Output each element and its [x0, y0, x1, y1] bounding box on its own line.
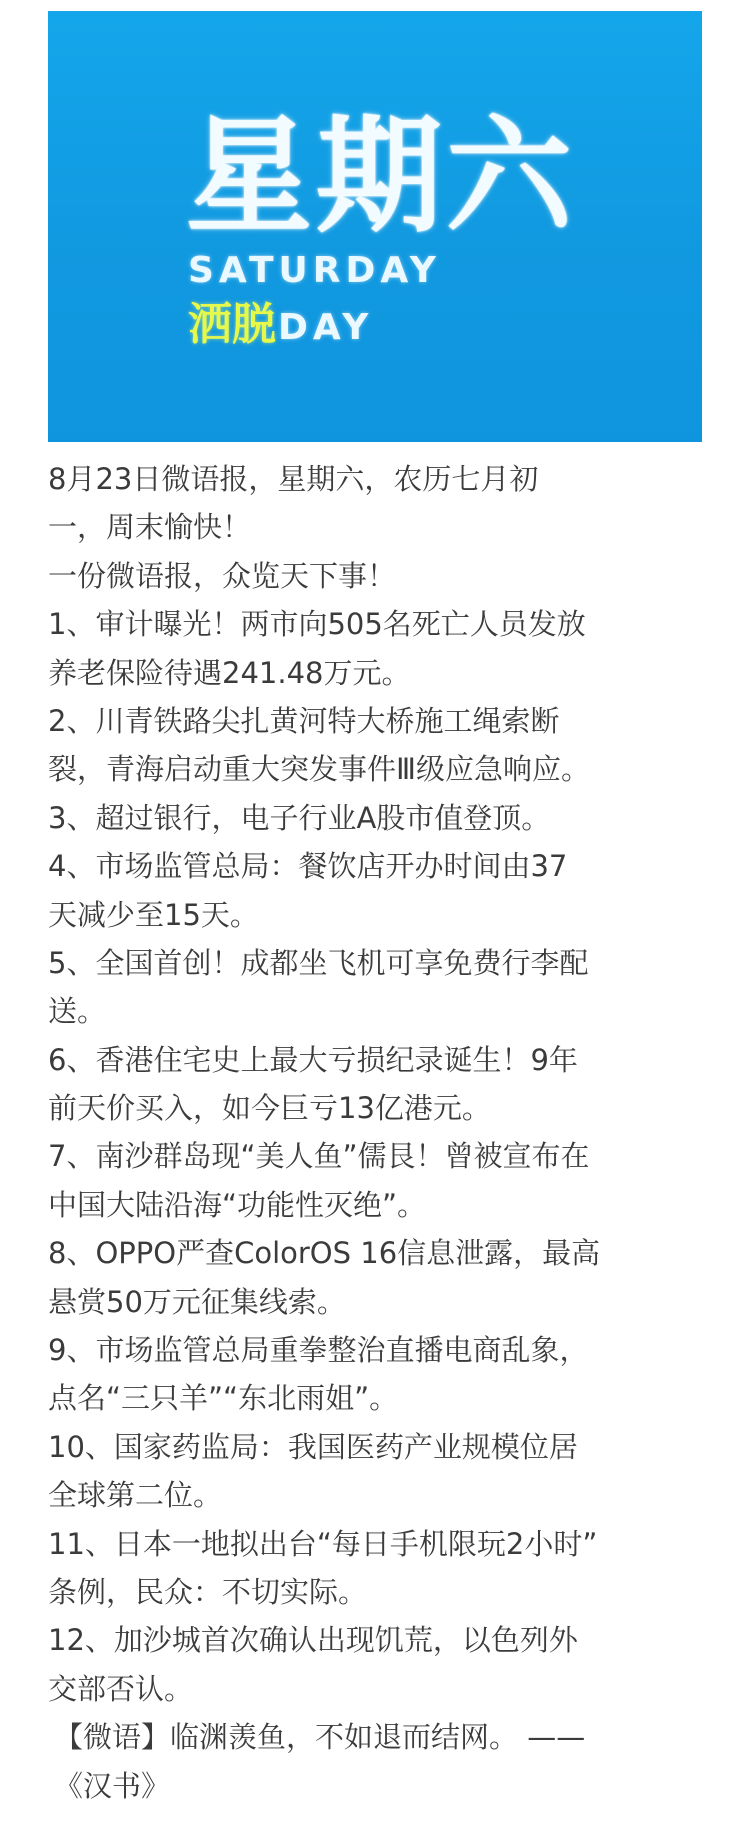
- news-line: 点名“三只羊”“东北雨姐”。: [48, 1374, 728, 1422]
- news-line: 8、OPPO严查ColorOS 16信息泄露，最高: [48, 1229, 728, 1277]
- intro-line: 一份微语报，众览天下事！: [48, 552, 728, 600]
- news-line: 养老保险待遇241.48万元。: [48, 649, 728, 697]
- news-line: 悬赏50万元征集线索。: [48, 1278, 728, 1326]
- news-line: 前天价买入，如今巨亏13亿港元。: [48, 1084, 728, 1132]
- news-line: 12、加沙城首次确认出现饥荒，以色列外: [48, 1616, 728, 1664]
- intro-line: 8月23日微语报，星期六，农历七月初: [48, 455, 728, 503]
- banner-tagline-accent: 洒脱: [188, 299, 276, 350]
- news-line: 裂，青海启动重大突发事件Ⅲ级应急响应。: [48, 745, 728, 793]
- news-line: 6、香港住宅史上最大亏损纪录诞生！9年: [48, 1036, 728, 1084]
- news-line: 3、超过银行，电子行业A股市值登顶。: [48, 794, 728, 842]
- banner-tagline: 洒脱DAY: [188, 299, 373, 360]
- banner-title: 星期六: [186, 107, 576, 247]
- news-line: 4、市场监管总局：餐饮店开办时间由37: [48, 842, 728, 890]
- saturday-banner-image: 星期六 SATURDAY 洒脱DAY: [48, 11, 702, 442]
- news-line: 条例，民众：不切实际。: [48, 1568, 728, 1616]
- news-line: 交部否认。: [48, 1665, 728, 1713]
- quote-source: 《汉书》: [48, 1762, 728, 1810]
- news-article: 8月23日微语报，星期六，农历七月初 一，周末愉快！ 一份微语报，众览天下事！ …: [48, 455, 728, 1810]
- news-line: 送。: [48, 987, 728, 1035]
- banner-tagline-day: DAY: [278, 307, 373, 348]
- news-line: 5、全国首创！成都坐飞机可享免费行李配: [48, 939, 728, 987]
- news-line: 10、国家药监局：我国医药产业规模位居: [48, 1423, 728, 1471]
- news-line: 中国大陆沿海“功能性灭绝”。: [48, 1181, 728, 1229]
- news-line: 1、审计曝光！两市向505名死亡人员发放: [48, 600, 728, 648]
- news-line: 2、川青铁路尖扎黄河特大桥施工绳索断: [48, 697, 728, 745]
- quote-line: 【微语】临渊羡鱼，不如退而结网。 ——: [48, 1713, 728, 1761]
- news-line: 9、市场监管总局重拳整治直播电商乱象，: [48, 1326, 728, 1374]
- news-line: 11、日本一地拟出台“每日手机限玩2小时”: [48, 1520, 728, 1568]
- intro-line: 一，周末愉快！: [48, 503, 728, 551]
- news-line: 天减少至15天。: [48, 891, 728, 939]
- banner-subtitle: SATURDAY: [188, 251, 441, 291]
- news-line: 7、南沙群岛现“美人鱼”儒艮！曾被宣布在: [48, 1132, 728, 1180]
- news-line: 全球第二位。: [48, 1471, 728, 1519]
